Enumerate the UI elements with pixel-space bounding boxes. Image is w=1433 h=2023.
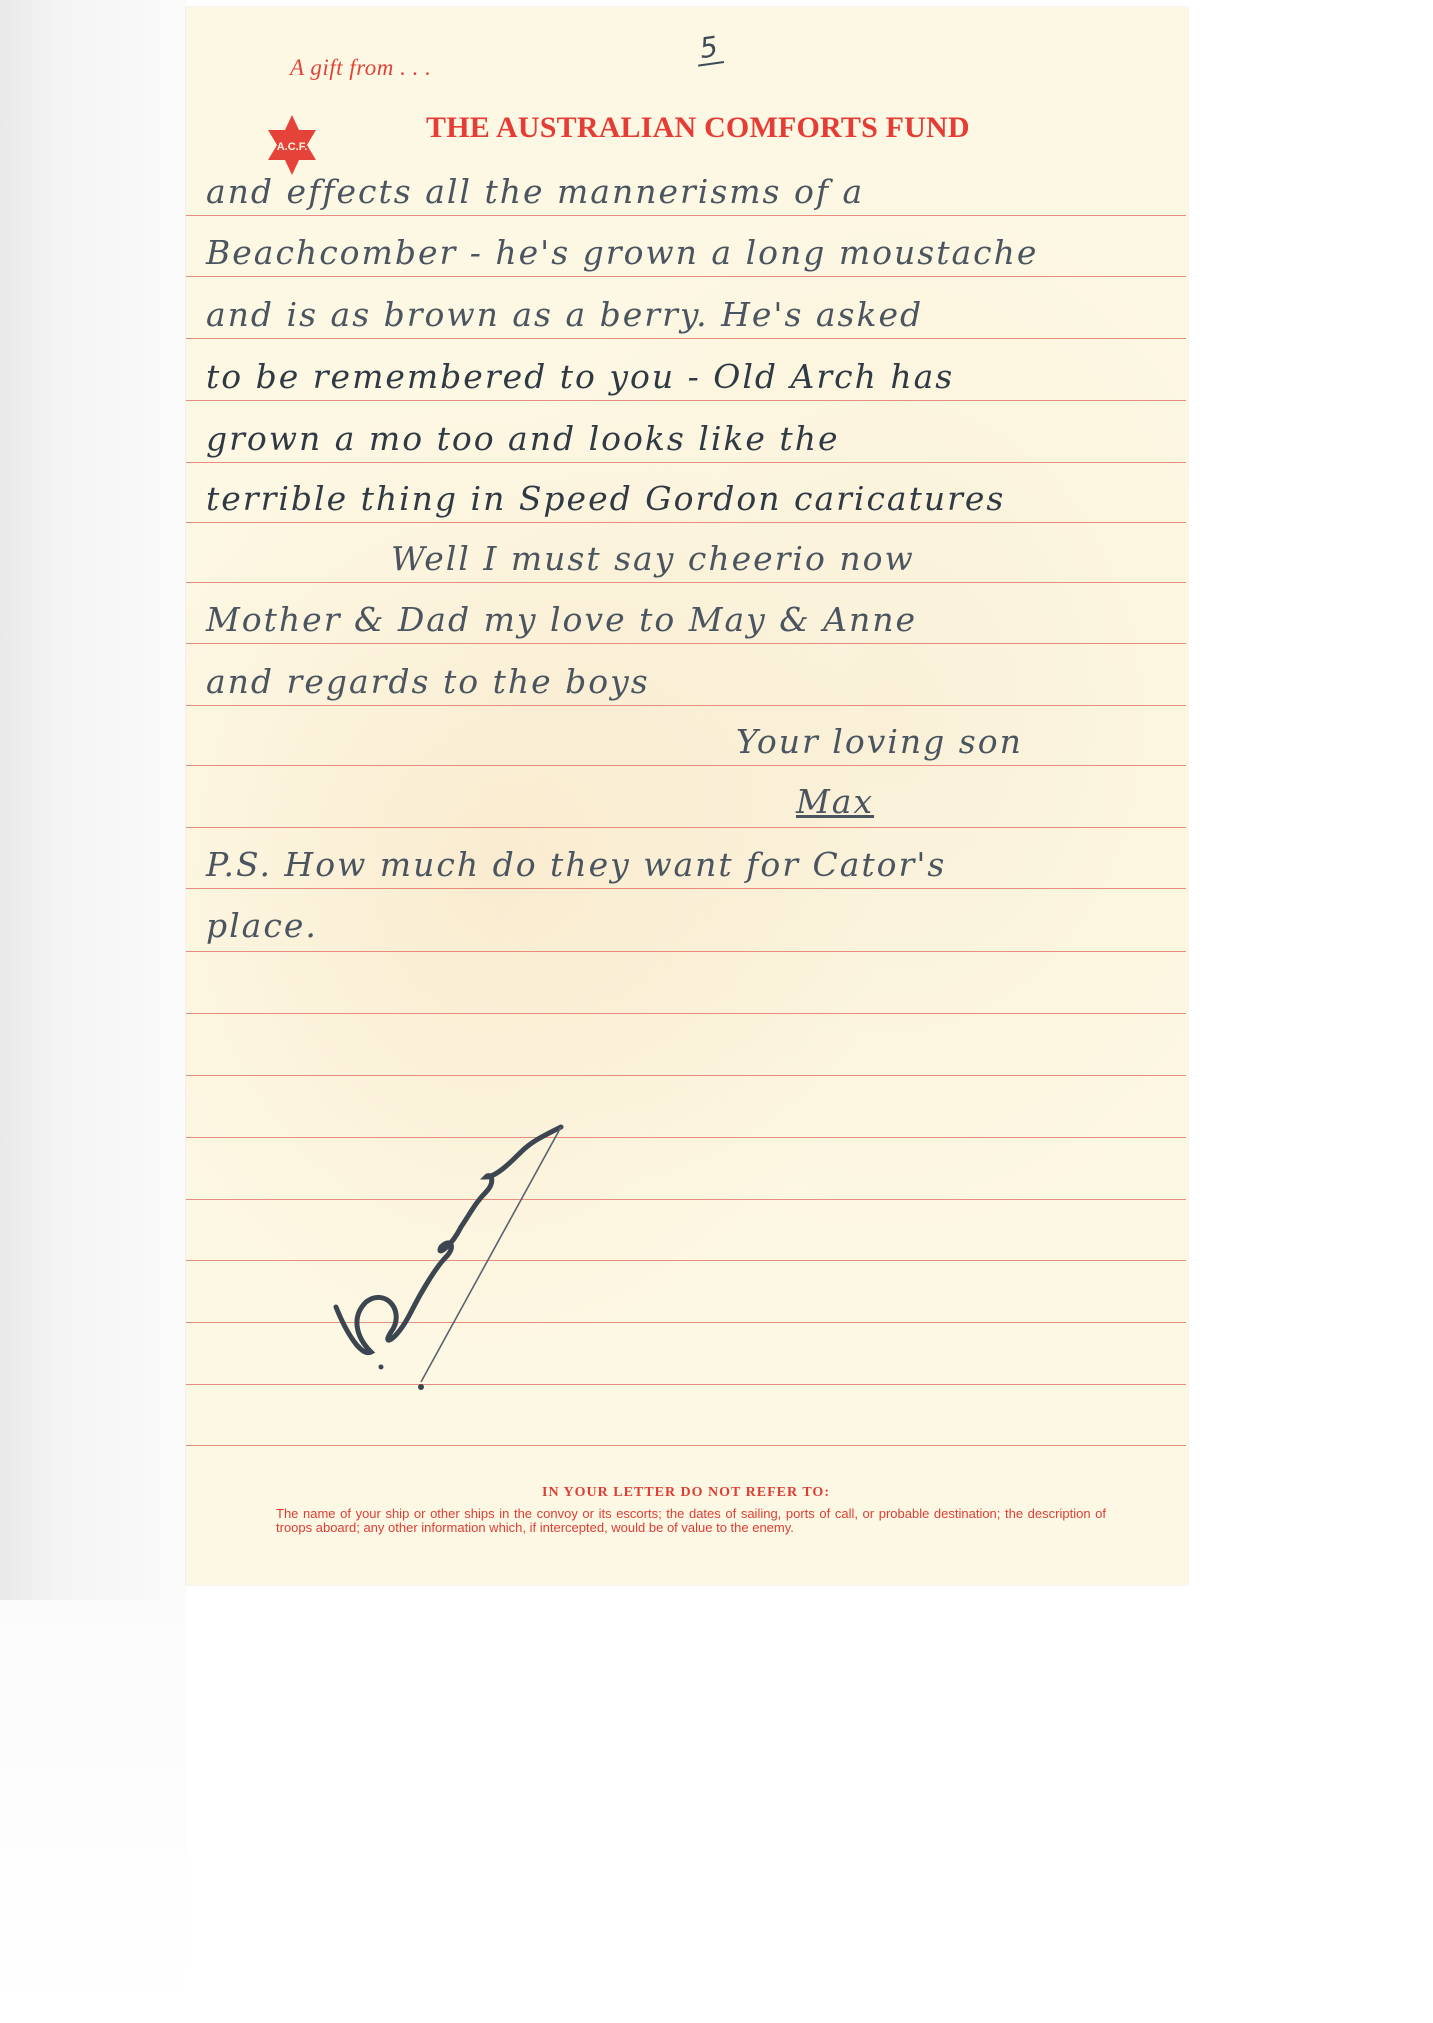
ruled-line [186,582,1186,583]
scanner-margin-lower [0,1600,186,2023]
organisation-title: THE AUSTRALIAN COMFORTS FUND [426,111,970,145]
letter-line: and regards to the boys [206,662,650,701]
letter-line: Mother & Dad my love to May & Anne [206,600,917,639]
letter-line: and is as brown as a berry. He's asked [206,295,923,334]
letter-line: terrible thing in Speed Gordon caricatur… [206,479,1005,518]
page-number: 5 [694,31,724,66]
censor-warning-body: The name of your ship or other ships in … [276,1507,1106,1535]
ruled-line [186,276,1186,277]
letter-line: Beachcomber - he's grown a long moustach… [206,233,1038,272]
svg-text:A.C.F.: A.C.F. [277,141,308,153]
letter-line: and effects all the mannerisms of a [206,172,864,211]
letter-line: to be remembered to you - Old Arch has [206,357,954,396]
postscript-line: P.S. How much do they want for Cator's [206,845,946,884]
letter-line: Well I must say cheerio now [391,539,915,578]
ruled-line [186,888,1186,889]
ruled-line [186,462,1186,463]
ruled-line [186,765,1186,766]
ruled-line [186,1445,1186,1446]
letter-page: A gift from . . . 5 A.C.F. THE AUSTRALIA… [186,7,1188,1585]
ruled-line [186,522,1186,523]
letter-closing: Your loving son [736,722,1023,761]
postscript-line: place. [206,906,318,945]
signature-icon [326,1097,566,1397]
ruled-line [186,215,1186,216]
ruled-line [186,1013,1186,1014]
ruled-line [186,1075,1186,1076]
ruled-line [186,951,1186,952]
letter-signoff-name: Max [796,782,874,821]
ruled-line [186,338,1186,339]
ruled-line [186,705,1186,706]
censor-warning-title: IN YOUR LETTER DO NOT REFER TO: [186,1485,1186,1501]
scanner-margin [0,0,186,1600]
ruled-line [186,827,1186,828]
letter-line: grown a mo too and looks like the [206,419,839,458]
acf-star-logo-icon: A.C.F. [266,115,318,175]
ruled-line [186,400,1186,401]
gift-from-label: A gift from . . . [290,55,431,81]
ruled-line [186,643,1186,644]
